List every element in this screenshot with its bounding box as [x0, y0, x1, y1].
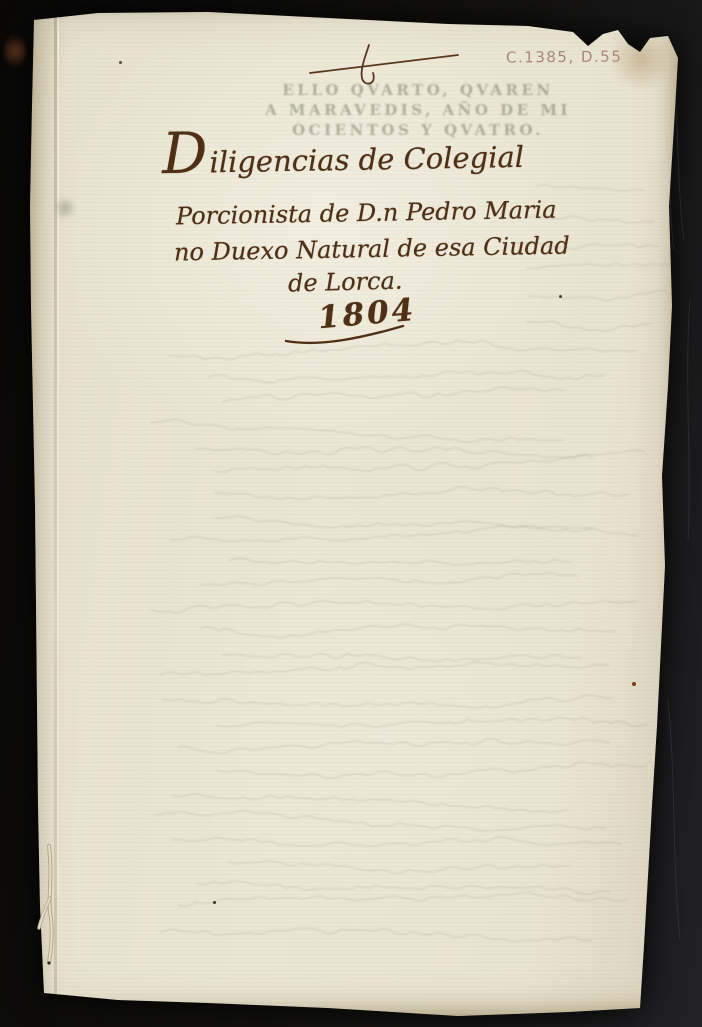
stamp-line: ELLO QVARTO, QVAREN [246, 80, 590, 100]
ink-smudge [52, 198, 78, 218]
title-line-4: de Lorca. [288, 267, 403, 298]
stamp-line: A MARAVEDIS, AÑO DE MI [246, 100, 590, 120]
ink-speck [559, 295, 562, 298]
manuscript-scan: ELLO QVARTO, QVAREN A MARAVEDIS, AÑO DE … [0, 0, 702, 1027]
title-line-1: Diligencias de Colegial [161, 118, 524, 186]
mount-stain [4, 34, 26, 68]
archival-reference: C.1385, D.55 [506, 47, 623, 66]
fold-crease [54, 6, 57, 1018]
ink-speck [213, 901, 216, 904]
ink-speck [119, 61, 122, 64]
ink-speck [632, 682, 636, 686]
